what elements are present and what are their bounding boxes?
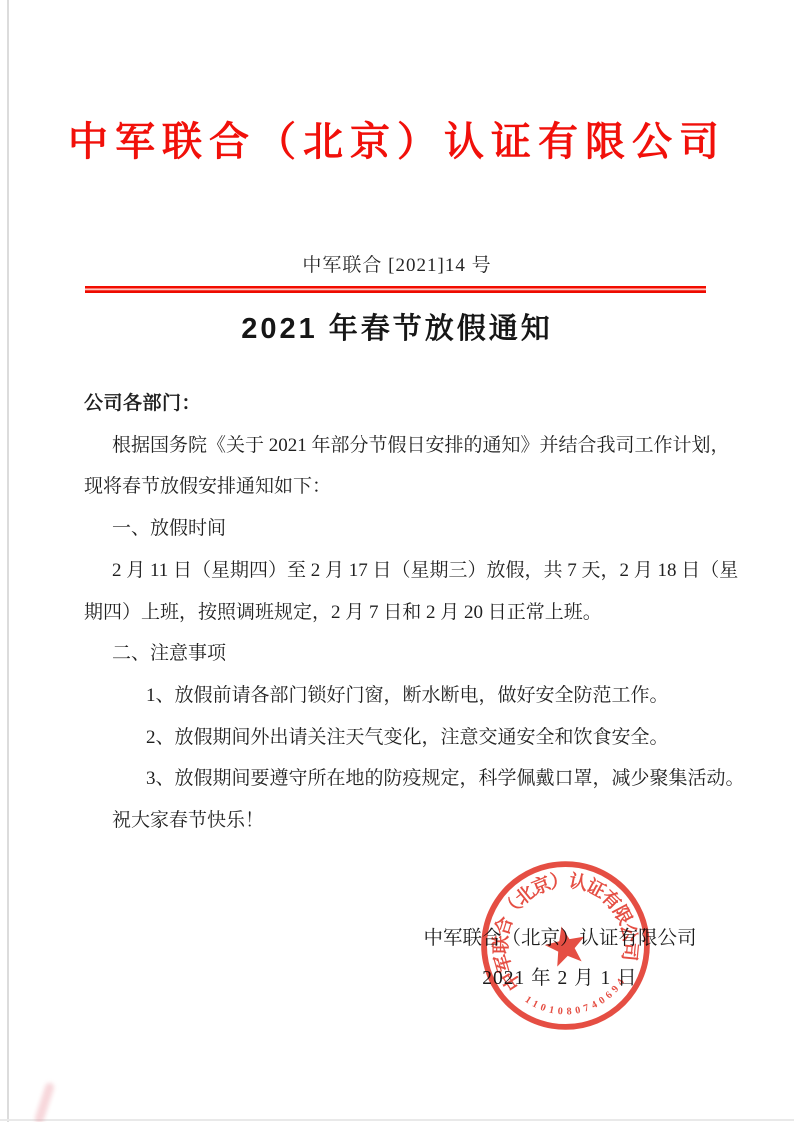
seal-star-icon bbox=[542, 922, 589, 968]
body-line-closing-wish: 祝大家春节快乐！ bbox=[84, 800, 752, 842]
seal-ring-text: 中军联合（北京）认证有限公司 bbox=[476, 856, 646, 996]
document-page: 中军联合（北京）认证有限公司 中军联合 [2021]14 号 2021 年春节放… bbox=[0, 0, 794, 1122]
body-line-section-heading: 二、注意事项 bbox=[84, 633, 752, 675]
body-line-section-heading: 一、放假时间 bbox=[84, 508, 752, 550]
body-line: 现将春节放假安排通知如下： bbox=[84, 466, 752, 508]
letterhead-company-name: 中军联合（北京）认证有限公司 bbox=[0, 110, 794, 167]
body-line-numbered-item: 3、放假期间要遵守所在地的防疫规定，科学佩戴口罩，减少聚集活动。 bbox=[84, 758, 752, 800]
document-number: 中军联合 [2021]14 号 bbox=[0, 250, 794, 277]
notice-body: 公司各部门： 根据国务院《关于 2021 年部分节假日安排的通知》并结合我司工作… bbox=[84, 383, 752, 842]
body-line: 期四）上班，按照调班规定，2 月 7 日和 2 月 20 日正常上班。 bbox=[84, 592, 752, 634]
scan-edge-bottom bbox=[0, 1119, 794, 1121]
body-line-numbered-item: 2、放假期间外出请关注天气变化，注意交通安全和饮食安全。 bbox=[84, 717, 752, 759]
notice-title: 2021 年春节放假通知 bbox=[0, 306, 794, 347]
body-line: 根据国务院《关于 2021 年部分节假日安排的通知》并结合我司工作计划， bbox=[84, 425, 752, 467]
letterhead-red-rule bbox=[85, 286, 706, 293]
body-line-numbered-item: 1、放假前请各部门锁好门窗，断水断电，做好安全防范工作。 bbox=[84, 675, 752, 717]
company-seal-stamp: 中军联合（北京）认证有限公司 1101080740694 bbox=[461, 841, 671, 1051]
ink-smudge bbox=[34, 1082, 56, 1122]
body-line-salutation: 公司各部门： bbox=[84, 383, 752, 425]
scan-edge-left bbox=[7, 0, 9, 1122]
body-line: 2 月 11 日（星期四）至 2 月 17 日（星期三）放假，共 7 天，2 月… bbox=[84, 550, 752, 592]
